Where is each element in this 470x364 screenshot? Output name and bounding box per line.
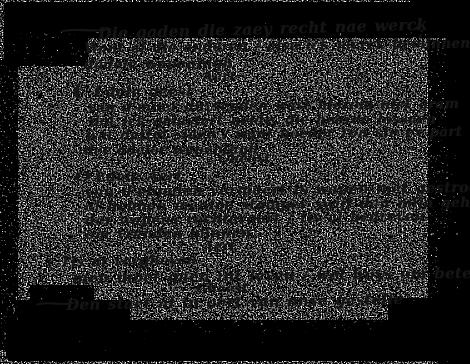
speaker-label-gheest: Gheest [218, 151, 270, 167]
manuscript-line: Den staet al in aert van onse gestelle [66, 290, 403, 314]
paragraph-mark-icon: ( [69, 79, 86, 103]
punctuation-mark: ˋ [402, 293, 409, 309]
manuscript-text: ⁓ Die gaden die zaey recht nae werck ’; … [0, 0, 470, 364]
speaker-label-aert: Aert [203, 240, 236, 255]
manuscript-line: wat dattet siaen / want goeder ron ste e… [86, 124, 462, 144]
paragraph-mark-icon: O [74, 170, 91, 185]
scanned-page: ⁓ Die gaden die zaey recht nae werck ’; … [0, 0, 470, 364]
paragraph-mark-icon: ( [46, 256, 54, 271]
speaker-label-aert: Aert [203, 69, 236, 85]
